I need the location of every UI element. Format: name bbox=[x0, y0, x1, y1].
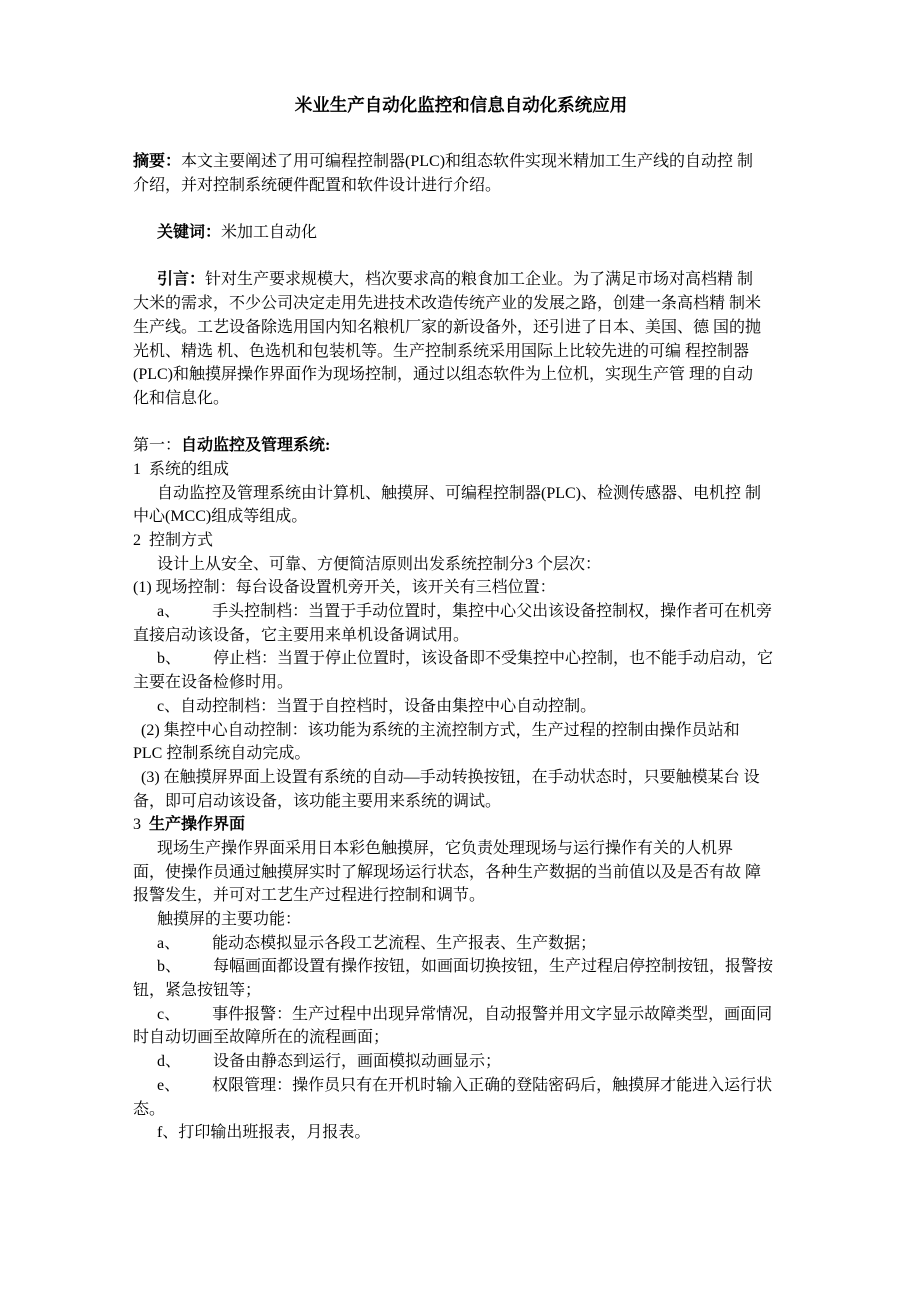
text-segment: (2) 集控中心自动控制：该功能为系统的主流控制方式，生产过程的控制由操作员站和 bbox=[141, 722, 740, 739]
text-line: 关键词：米加工自动化 bbox=[133, 221, 789, 245]
text-segment: 现场生产操作界面采用日本彩色触摸屏，它负责处理现场与运行操作有关的人机界 bbox=[157, 840, 733, 857]
text-segment-bold: 摘要： bbox=[133, 153, 181, 170]
text-segment: 直接启动该设备，它主要用来单机设备调试用。 bbox=[133, 627, 469, 644]
text-segment: 介绍，并对控制系统硬件配置和软件设计进行介绍。 bbox=[133, 177, 501, 194]
text-line: 现场生产操作界面采用日本彩色触摸屏，它负责处理现场与运行操作有关的人机界 bbox=[133, 837, 789, 861]
text-segment: 大米的需求，不少公司决定走用先进技术改造传统产业的发展之路，创建一条高档精 制米 bbox=[133, 295, 761, 312]
text-line: 中心(MCC)组成等组成。 bbox=[133, 505, 789, 529]
text-segment: 光机、精选 机、色选机和包装机等。生产控制系统采用国际上比较先进的可编 程控制器 bbox=[133, 343, 749, 360]
text-segment: (PLC)和触摸屏操作界面作为现场控制，通过以组态软件为上位机，实现生产管 理的… bbox=[133, 366, 753, 383]
text-line: 介绍，并对控制系统硬件配置和软件设计进行介绍。 bbox=[133, 174, 789, 198]
text-segment-bold: 生产操作界面 bbox=[149, 816, 245, 833]
text-segment: 自动监控及管理系统由计算机、触摸屏、可编程控制器(PLC)、检测传感器、电机控 … bbox=[157, 485, 761, 502]
text-line: 钮，紧急按钮等； bbox=[133, 979, 789, 1003]
text-segment: 化和信息化。 bbox=[133, 390, 229, 407]
text-line: (2) 集控中心自动控制：该功能为系统的主流控制方式，生产过程的控制由操作员站和 bbox=[133, 719, 789, 743]
text-segment: 面，使操作员通过触摸屏实时了解现场运行状态，各种生产数据的当前值以及是否有故 障 bbox=[133, 864, 761, 881]
text-line: (1) 现场控制：每台设备设置机旁开关，该开关有三档位置： bbox=[133, 576, 789, 600]
paragraph-spacer bbox=[133, 411, 789, 435]
text-segment: 生产线。工艺设备除选用国内知名粮机厂家的新设备外，还引进了日本、美国、德 国的抛 bbox=[133, 319, 761, 336]
text-segment-bold: 自动监控及管理系统: bbox=[181, 437, 330, 454]
text-line: 化和信息化。 bbox=[133, 387, 789, 411]
text-segment: a、 能动态模拟显示各段工艺流程、生产报表、生产数据； bbox=[157, 935, 596, 952]
text-line: 光机、精选 机、色选机和包装机等。生产控制系统采用国际上比较先进的可编 程控制器 bbox=[133, 340, 789, 364]
document-body: 摘要：本文主要阐述了用可编程控制器(PLC)和组态软件实现米精加工生产线的自动控… bbox=[133, 150, 789, 1145]
text-segment: 钮，紧急按钮等； bbox=[133, 982, 261, 999]
text-line: 自动监控及管理系统由计算机、触摸屏、可编程控制器(PLC)、检测传感器、电机控 … bbox=[133, 482, 789, 506]
text-segment: 本文主要阐述了用可编程控制器(PLC)和组态软件实现米精加工生产线的自动控 制 bbox=[181, 153, 753, 170]
text-segment: (3) 在触摸屏界面上设置有系统的自动—手动转换按钮，在手动状态时，只要触模某台… bbox=[141, 769, 760, 786]
text-segment: 触摸屏的主要功能： bbox=[157, 911, 301, 928]
text-line: e、 权限管理：操作员只有在开机时输入正确的登陆密码后，触摸屏才能进入运行状 bbox=[133, 1074, 789, 1098]
text-line: a、 手头控制档：当置于手动位置时，集控中心父出该设备控制权，操作者可在机旁 bbox=[133, 600, 789, 624]
text-line: 主要在设备检修时用。 bbox=[133, 671, 789, 695]
text-line: (3) 在触摸屏界面上设置有系统的自动—手动转换按钮，在手动状态时，只要触模某台… bbox=[133, 766, 789, 790]
text-segment: PLC 控制系统自动完成。 bbox=[133, 745, 310, 762]
text-line: b、 停止档：当置于停止位置时，该设备即不受集控中心控制，也不能手动启动，它 bbox=[133, 647, 789, 671]
text-segment: (1) 现场控制：每台设备设置机旁开关，该开关有三档位置： bbox=[133, 579, 556, 596]
text-line: 2 控制方式 bbox=[133, 529, 789, 553]
text-line: 3 生产操作界面 bbox=[133, 813, 789, 837]
text-segment: 中心(MCC)组成等组成。 bbox=[133, 508, 307, 525]
text-segment: 1 系统的组成 bbox=[133, 461, 229, 478]
text-line: c、自动控制档：当置于自控档时，设备由集控中心自动控制。 bbox=[133, 695, 789, 719]
text-line: f、打印输出班报表，月报表。 bbox=[133, 1121, 789, 1145]
text-line: 报警发生，并可对工艺生产过程进行控制和调节。 bbox=[133, 884, 789, 908]
text-line: (PLC)和触摸屏操作界面作为现场控制，通过以组态软件为上位机，实现生产管 理的… bbox=[133, 363, 789, 387]
text-segment-bold: 引言： bbox=[157, 271, 205, 288]
text-line: 设计上从安全、可靠、方便简洁原则出发系统控制分3 个层次： bbox=[133, 553, 789, 577]
text-line: 时自动切画至故障所在的流程画面； bbox=[133, 1026, 789, 1050]
text-segment: 态。 bbox=[133, 1101, 165, 1118]
text-segment: 第一： bbox=[133, 437, 181, 454]
text-segment: c、自动控制档：当置于自控档时，设备由集控中心自动控制。 bbox=[157, 698, 596, 715]
text-line: 面，使操作员通过触摸屏实时了解现场运行状态，各种生产数据的当前值以及是否有故 障 bbox=[133, 861, 789, 885]
text-line: c、 事件报警：生产过程中出现异常情况，自动报警并用文字显示故障类型，画面同 bbox=[133, 1003, 789, 1027]
text-line: 1 系统的组成 bbox=[133, 458, 789, 482]
text-segment: 报警发生，并可对工艺生产过程进行控制和调节。 bbox=[133, 887, 485, 904]
text-line: 触摸屏的主要功能： bbox=[133, 908, 789, 932]
document-title: 米业生产自动化监控和信息自动化系统应用 bbox=[133, 94, 789, 117]
document-content: 米业生产自动化监控和信息自动化系统应用 摘要：本文主要阐述了用可编程控制器(PL… bbox=[133, 0, 789, 1145]
text-line: 引言：针对生产要求规模大，档次要求高的粮食加工企业。为了满足市场对高档精 制 bbox=[133, 268, 789, 292]
text-segment: 3 bbox=[133, 816, 149, 833]
text-line: d、 设备由静态到运行，画面模拟动画显示； bbox=[133, 1050, 789, 1074]
text-segment: c、 事件报警：生产过程中出现异常情况，自动报警并用文字显示故障类型，画面同 bbox=[157, 1006, 772, 1023]
text-line: 直接启动该设备，它主要用来单机设备调试用。 bbox=[133, 624, 789, 648]
text-line: 大米的需求，不少公司决定走用先进技术改造传统产业的发展之路，创建一条高档精 制米 bbox=[133, 292, 789, 316]
text-segment: 备，即可启动该设备，该功能主要用来系统的调试。 bbox=[133, 793, 501, 810]
document-page: 米业生产自动化监控和信息自动化系统应用 摘要：本文主要阐述了用可编程控制器(PL… bbox=[0, 0, 920, 1302]
text-segment: f、打印输出班报表，月报表。 bbox=[157, 1124, 370, 1141]
paragraph-spacer bbox=[133, 197, 789, 221]
text-segment: 设计上从安全、可靠、方便简洁原则出发系统控制分3 个层次： bbox=[157, 556, 601, 573]
text-segment: 2 控制方式 bbox=[133, 532, 213, 549]
text-segment: 主要在设备检修时用。 bbox=[133, 674, 293, 691]
text-segment: b、 停止档：当置于停止位置时，该设备即不受集控中心控制，也不能手动启动，它 bbox=[157, 650, 773, 667]
text-segment: a、 手头控制档：当置于手动位置时，集控中心父出该设备控制权，操作者可在机旁 bbox=[157, 603, 772, 620]
text-line: 第一：自动监控及管理系统: bbox=[133, 434, 789, 458]
text-segment: 米加工自动化 bbox=[221, 224, 317, 241]
text-segment: e、 权限管理：操作员只有在开机时输入正确的登陆密码后，触摸屏才能进入运行状 bbox=[157, 1077, 772, 1094]
text-line: a、 能动态模拟显示各段工艺流程、生产报表、生产数据； bbox=[133, 932, 789, 956]
text-segment: d、 设备由静态到运行，画面模拟动画显示； bbox=[157, 1053, 501, 1070]
text-line: 备，即可启动该设备，该功能主要用来系统的调试。 bbox=[133, 790, 789, 814]
text-segment-bold: 关键词： bbox=[157, 224, 221, 241]
text-segment: b、 每幅画面都设置有操作按钮，如画面切换按钮，生产过程启停控制按钮，报警按 bbox=[157, 958, 773, 975]
text-segment: 时自动切画至故障所在的流程画面； bbox=[133, 1029, 389, 1046]
text-line: 态。 bbox=[133, 1098, 789, 1122]
text-segment: 针对生产要求规模大，档次要求高的粮食加工企业。为了满足市场对高档精 制 bbox=[205, 271, 753, 288]
text-line: PLC 控制系统自动完成。 bbox=[133, 742, 789, 766]
text-line: 生产线。工艺设备除选用国内知名粮机厂家的新设备外，还引进了日本、美国、德 国的抛 bbox=[133, 316, 789, 340]
paragraph-spacer bbox=[133, 245, 789, 269]
text-line: 摘要：本文主要阐述了用可编程控制器(PLC)和组态软件实现米精加工生产线的自动控… bbox=[133, 150, 789, 174]
text-line: b、 每幅画面都设置有操作按钮，如画面切换按钮，生产过程启停控制按钮，报警按 bbox=[133, 955, 789, 979]
